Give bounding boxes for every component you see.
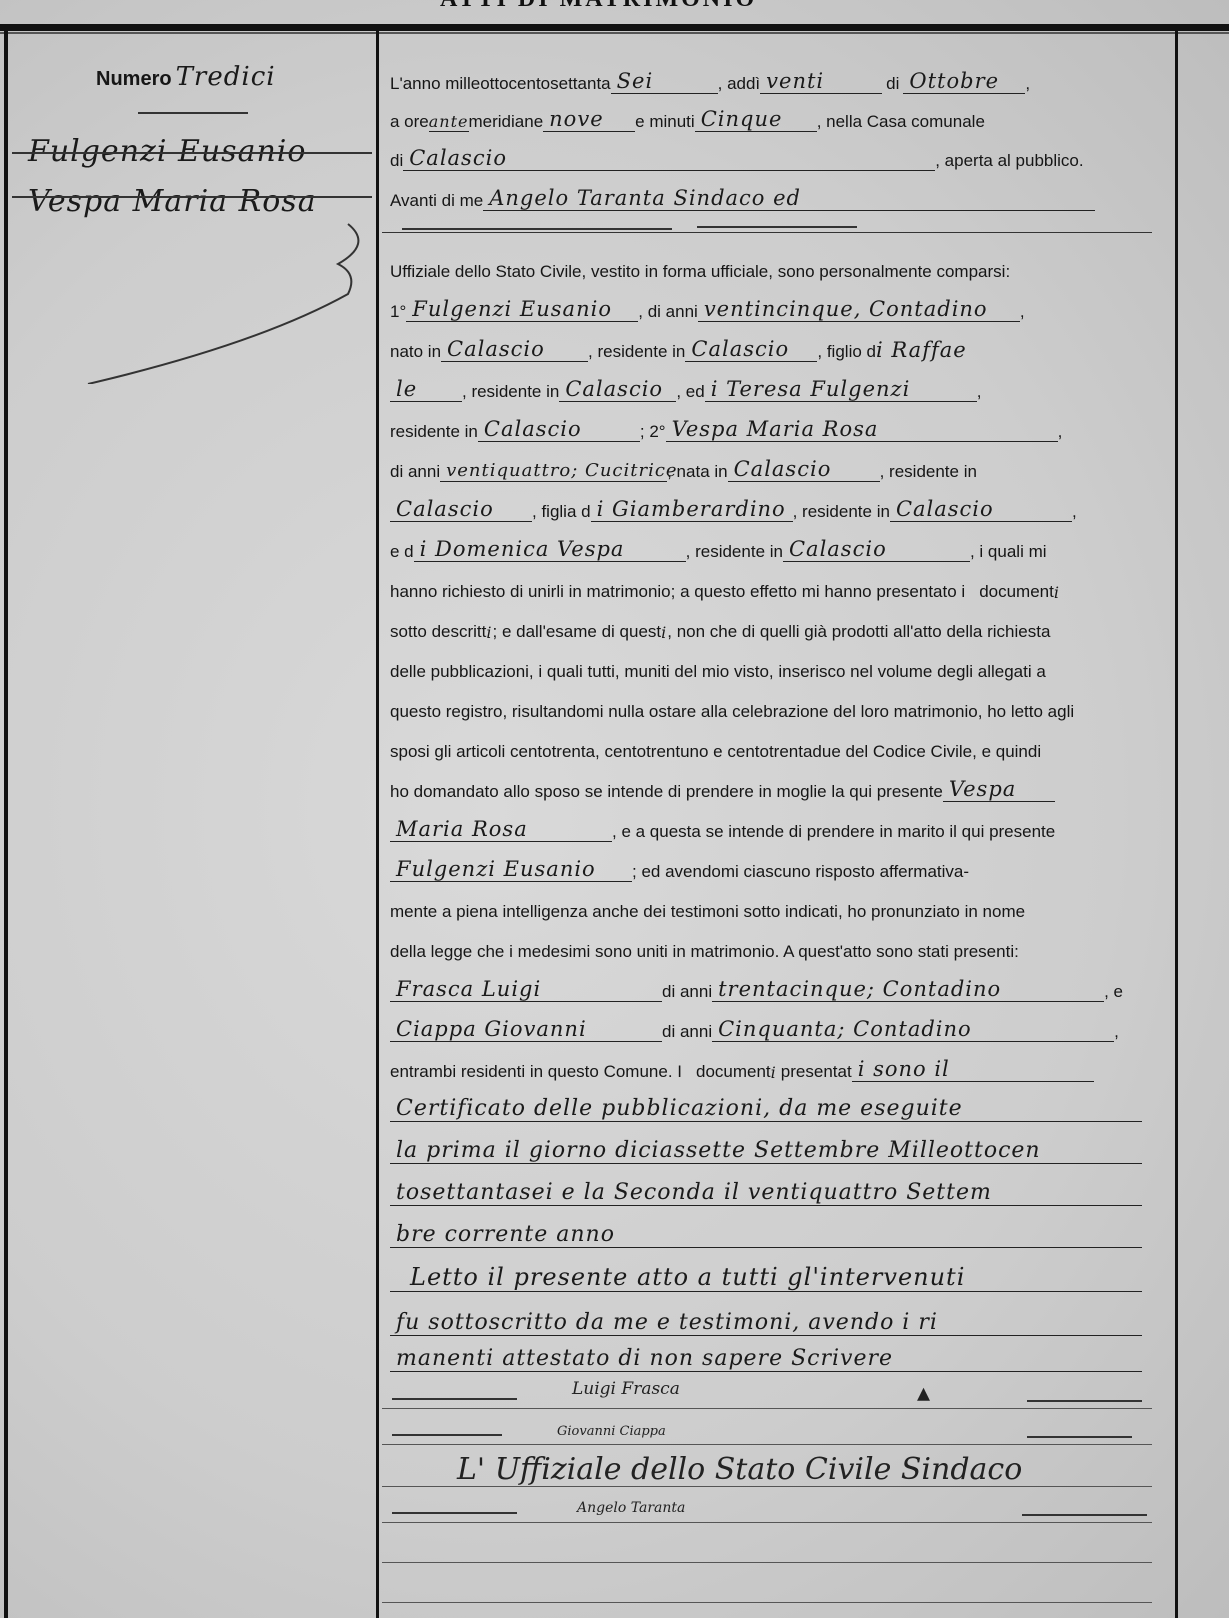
signature-official: Angelo Taranta [577, 1500, 685, 1516]
numero-label: Numero [96, 68, 172, 90]
handwritten-line-7: manenti attestato di non sapere Scrivere [390, 1342, 1142, 1372]
filler-rule [382, 1602, 1152, 1603]
flourish-divider [138, 112, 248, 114]
handwritten-line-3: tosettantasei e la Seconda il ventiquatt… [390, 1176, 1142, 1206]
signature-rule [1027, 1400, 1142, 1402]
line-residents: entrambi residenti in questo Comune. I d… [390, 1052, 1142, 1082]
line-ask-bride: Maria Rosa , e a questa se intende di pr… [390, 812, 1142, 842]
line-law: della legge che i medesimi sono uniti in… [390, 932, 1142, 962]
line-ask-groom: ho domandato allo sposo se intende di pr… [390, 772, 1142, 802]
marriage-act-body: L'anno milleottocentosettanta Sei , addì… [382, 34, 1162, 1618]
filler-rule [697, 226, 857, 228]
signature-witness-2: Giovanni Ciappa [557, 1424, 666, 1439]
register-header-title: ATTI DI MATRIMONIO [440, 0, 757, 13]
line-request: hanno richiesto di unirli in matrimonio;… [390, 572, 1142, 602]
signature-rule [392, 1512, 517, 1514]
signature-rule [382, 1486, 1152, 1487]
line-bride-mother: e d i Domenica Vespa , residente in Cala… [390, 532, 1142, 562]
handwritten-line-4: bre corrente anno [390, 1218, 1142, 1248]
groom-underline [12, 152, 372, 154]
line-uffiziale: Uffiziale dello Stato Civile, vestito in… [390, 252, 1142, 282]
line-officer: Avanti di me Angelo Taranta Sindaco ed [390, 181, 1142, 211]
signature-rule [1027, 1436, 1132, 1438]
line-hour: a ore ante meridiane nove e minuti Cinqu… [390, 102, 1142, 132]
handwritten-line-6: fu sottoscritto da me e testimoni, avend… [390, 1306, 1142, 1336]
line-documents: sotto descritt i ; e dall'esame di quest… [390, 612, 1142, 642]
line-register: questo registro, risultandomi nulla osta… [390, 692, 1142, 722]
line-pronounce: mente a piena intelligenza anche dei tes… [390, 892, 1142, 922]
filler-rule [382, 232, 1152, 233]
line-witness-1: Frasca Luigi di anni trentacinque; Conta… [390, 972, 1142, 1002]
register-page: ATTI DI MATRIMONIO Numero Tredici Fulgen… [0, 0, 1229, 1618]
filler-rule [402, 228, 672, 230]
numero-value: Tredici [176, 62, 276, 92]
signature-rule [382, 1444, 1152, 1445]
line-publications: delle pubblicazioni, i quali tutti, muni… [390, 652, 1142, 682]
handwritten-line-2: la prima il giorno diciassette Settembre… [390, 1134, 1142, 1164]
line-groom-birth: nato in Calascio , residente in Calascio… [390, 332, 1142, 362]
signature-rule [382, 1522, 1152, 1523]
signature-rule [392, 1434, 502, 1436]
official-title-signature: L' Uffiziale dello Stato Civile Sindaco [457, 1452, 1022, 1487]
signature-rule [392, 1398, 517, 1400]
signature-rule [382, 1408, 1152, 1409]
ink-blot: ▴ [917, 1378, 930, 1408]
margin-flourish-stroke [8, 184, 378, 384]
line-groom-parents: le , residente in Calascio , ed i Teresa… [390, 372, 1142, 402]
margin-column: Numero Tredici Fulgenzi Eusanio Vespa Ma… [8, 34, 374, 1618]
top-border-rule [0, 24, 1229, 31]
line-year: L'anno milleottocentosettanta Sei , addì… [390, 64, 1142, 94]
numero-row: Numero Tredici [96, 62, 276, 92]
handwritten-line-5: Letto il presente atto a tutti gl'interv… [390, 1262, 1142, 1292]
handwritten-line-1: Certificato delle pubblicazioni, da me e… [390, 1092, 1142, 1122]
line-groom: 1° Fulgenzi Eusanio , di anni ventincinq… [390, 292, 1142, 322]
line-bride-father: Calascio , figlia d i Giamberardino , re… [390, 492, 1142, 522]
right-border-line [1175, 24, 1178, 1618]
signature-witness-1: Luigi Frasca [572, 1379, 680, 1399]
line-bride: residente in Calascio ; 2° Vespa Maria R… [390, 412, 1142, 442]
line-place: di Calascio , aperta al pubblico. [390, 141, 1142, 171]
line-groom-name-answer: Fulgenzi Eusanio ; ed avendomi ciascuno … [390, 852, 1142, 882]
line-bride-age: di anni ventiquattro; Cucitrice , nata i… [390, 452, 1142, 482]
line-articles: sposi gli articoli centotrenta, centotre… [390, 732, 1142, 762]
filler-rule [382, 1562, 1152, 1563]
signature-rule [1022, 1514, 1147, 1516]
line-witness-2: Ciappa Giovanni di anni Cinquanta; Conta… [390, 1012, 1142, 1042]
